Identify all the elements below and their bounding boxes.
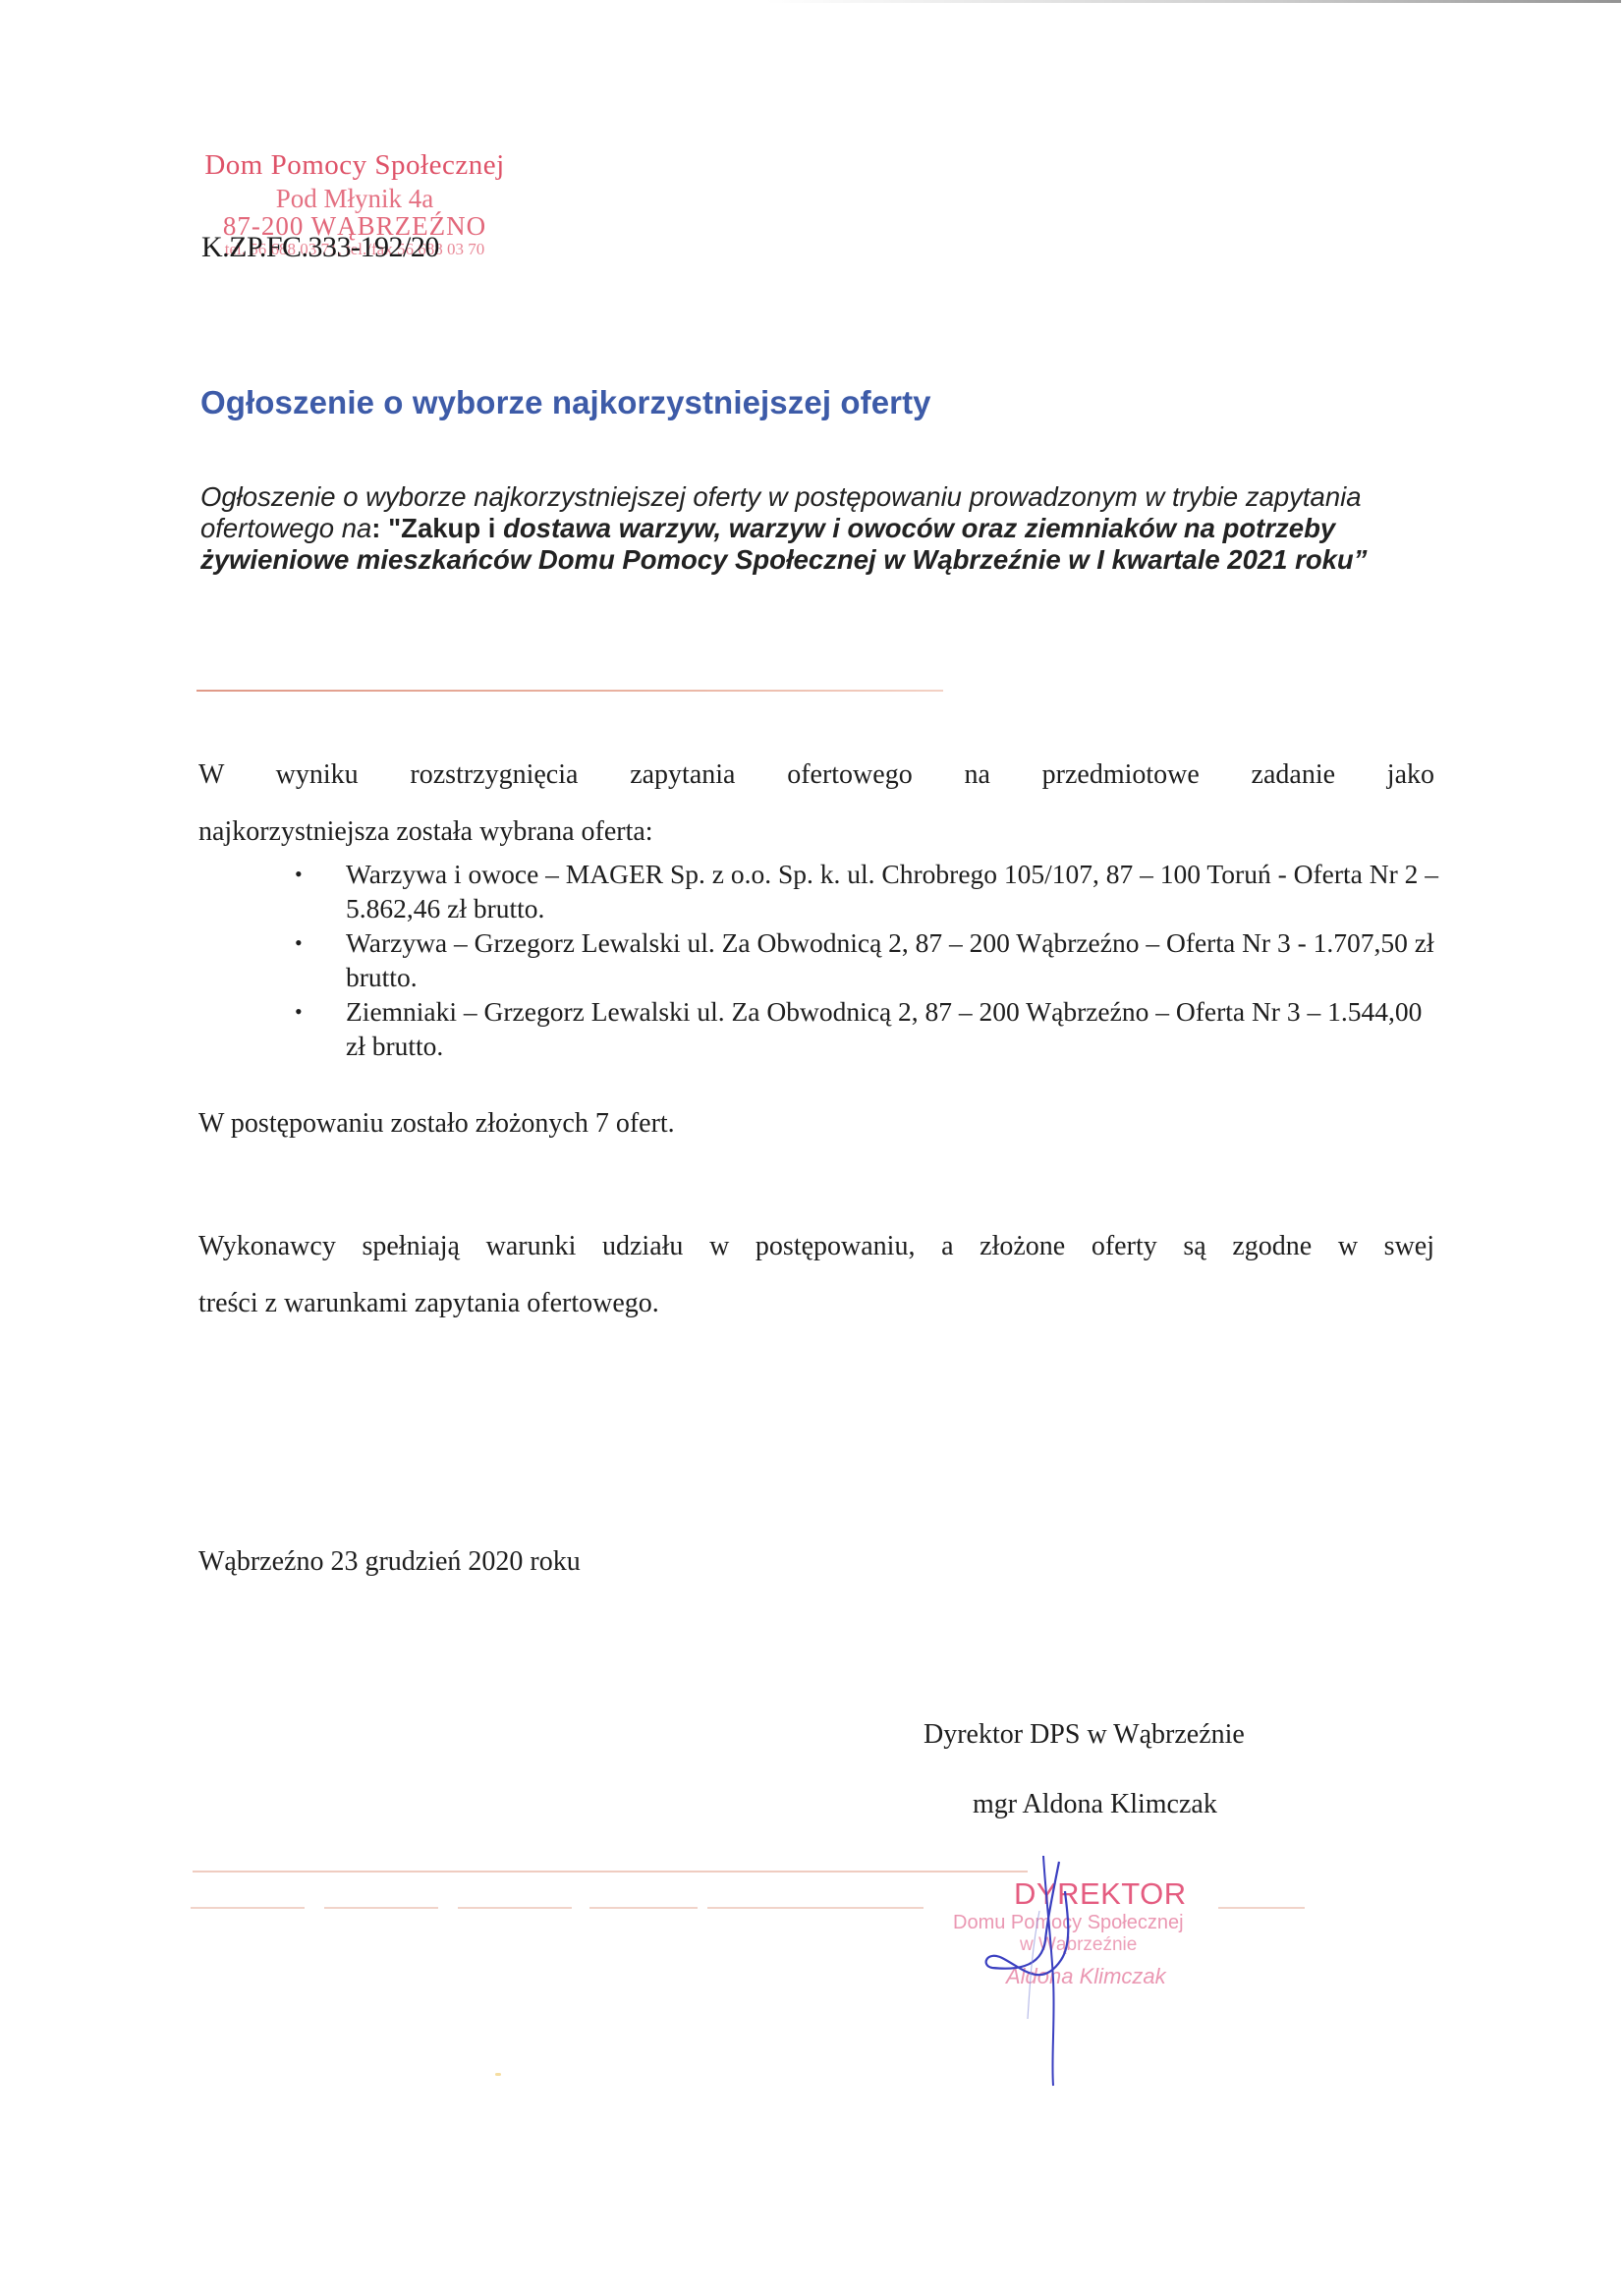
- signatory-role: Dyrektor DPS w Wąbrzeźnie: [924, 1721, 1316, 1749]
- bullet-icon: •: [295, 857, 303, 891]
- result-paragraph: W wyniku rozstrzygnięcia zapytania ofert…: [198, 747, 1434, 861]
- signatory-name: mgr Aldona Klimczak: [924, 1791, 1316, 1818]
- bullet-icon: •: [295, 925, 303, 960]
- faint-rule: [589, 1907, 698, 1909]
- faint-rule: [191, 1907, 305, 1909]
- offers-count: W postępowaniu zostało złożonych 7 ofert…: [198, 1108, 675, 1140]
- offer-text: Warzywa i owoce – MAGER Sp. z o.o. Sp. k…: [346, 859, 1438, 923]
- offer-text: Ziemniaki – Grzegorz Lewalski ul. Za Obw…: [346, 996, 1422, 1061]
- bullet-icon: •: [295, 994, 303, 1029]
- handwritten-signature-icon: [982, 1852, 1100, 2088]
- intro-subject-start: "Zakup i: [388, 513, 503, 543]
- conformity-line-1: Wykonawcy spełniają warunki udziału w po…: [198, 1218, 1434, 1275]
- offer-item: • Warzywa – Grzegorz Lewalski ul. Za Obw…: [293, 925, 1442, 994]
- stamp-institution-name: Dom Pomocy Społecznej: [173, 151, 536, 180]
- signatory-block: Dyrektor DPS w Wąbrzeźnie mgr Aldona Kli…: [924, 1721, 1316, 1818]
- section-divider: [196, 690, 943, 692]
- place-and-date: Wąbrzeźno 23 grudzień 2020 roku: [198, 1546, 581, 1578]
- intro-paragraph: Ogłoszenie o wyborze najkorzystniejszej …: [200, 481, 1438, 576]
- result-line-1: W wyniku rozstrzygnięcia zapytania ofert…: [198, 747, 1434, 804]
- reference-number: K.ZP.FC.333-192/20: [201, 231, 439, 264]
- scan-speck: [495, 2073, 501, 2076]
- faint-rule: [193, 1871, 1028, 1873]
- offer-text: Warzywa – Grzegorz Lewalski ul. Za Obwod…: [346, 927, 1434, 992]
- faint-rule: [707, 1907, 924, 1909]
- scan-page-edge: [766, 0, 1621, 3]
- stamp-street: Pod Młynik 4a: [173, 186, 536, 212]
- faint-rule: [324, 1907, 438, 1909]
- conformity-line-2: treści z warunkami zapytania ofertowego.: [198, 1288, 659, 1318]
- intro-colon: :: [371, 513, 388, 543]
- faint-rule: [458, 1907, 572, 1909]
- conformity-paragraph: Wykonawcy spełniają warunki udziału w po…: [198, 1218, 1434, 1332]
- selected-offers-list: • Warzywa i owoce – MAGER Sp. z o.o. Sp.…: [293, 857, 1442, 1063]
- result-line-2: najkorzystniejsza została wybrana oferta…: [198, 816, 653, 847]
- document-title: Ogłoszenie o wyborze najkorzystniejszej …: [200, 384, 931, 421]
- offer-item: • Warzywa i owoce – MAGER Sp. z o.o. Sp.…: [293, 857, 1442, 925]
- offer-item: • Ziemniaki – Grzegorz Lewalski ul. Za O…: [293, 994, 1442, 1063]
